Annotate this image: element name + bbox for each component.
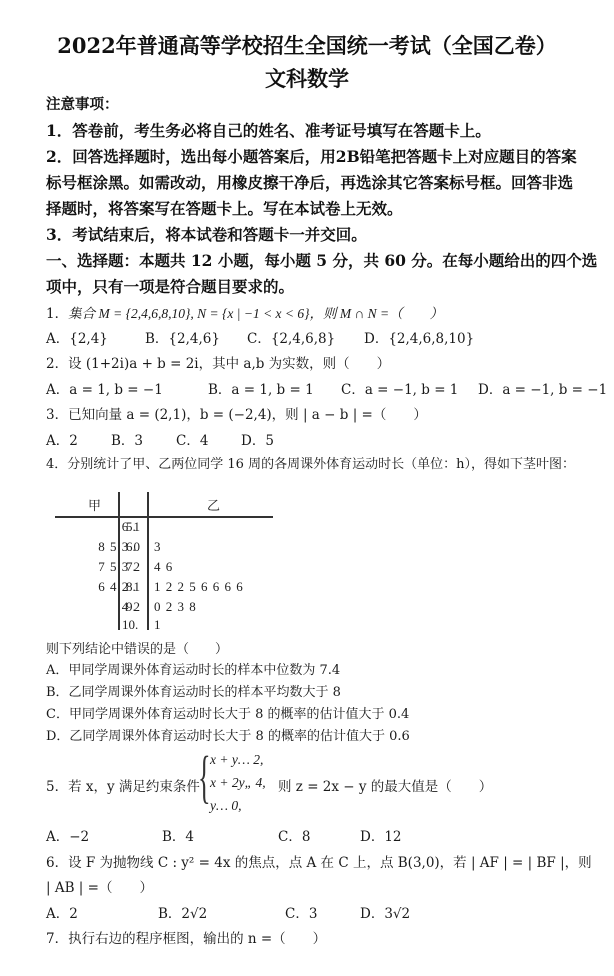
stem: 5. bbox=[126, 519, 136, 535]
question-2: 2．设 (1+2i)a + b = 2i，其中 a,b 为实数，则（ ） bbox=[46, 352, 390, 372]
note-2-line3: 择题时，将答案写在答题卡上。写在本试卷上无效。 bbox=[46, 197, 403, 219]
question-5-post: 则 z = 2x − y 的最大值是（ ） bbox=[278, 775, 492, 795]
q6-option-a: A．2 bbox=[46, 902, 78, 922]
note-2-line2: 标号框涂黑。如需改动，用橡皮擦干净后，再选涂其它答案标号框。回答非选 bbox=[46, 171, 573, 193]
question-number: 6． bbox=[46, 855, 68, 871]
stem: 10. bbox=[122, 617, 138, 633]
right-leaves: 1 bbox=[154, 617, 161, 633]
question-1: 1．集合 M = {2,4,6,8,10}, N = {x | −1 < x <… bbox=[46, 302, 443, 322]
q4-option-a: A．甲同学周课外体育运动时长的样本中位数为 7.4 bbox=[46, 659, 340, 678]
section-heading-line2: 项中，只有一项是符合题目要求的。 bbox=[46, 275, 294, 297]
q4-prompt: 则下列结论中错误的是（ ） bbox=[46, 638, 228, 657]
stem-leaf-row: 8 5 3 0 6. 3 bbox=[55, 539, 315, 559]
question-number: 3． bbox=[46, 407, 68, 423]
header-divider bbox=[55, 516, 273, 518]
q2-option-a: A．a = 1, b = −1 bbox=[46, 378, 163, 398]
question-stem-pre: 若 x，y 满足约束条件 bbox=[68, 779, 200, 795]
question-4: 4．分别统计了甲、乙两位同学 16 周的各周课外体育运动时长（单位：h），得如下… bbox=[46, 453, 575, 472]
question-6: 6．设 F 为抛物线 C : y² = 4x 的焦点，点 A 在 C 上，点 B… bbox=[46, 851, 592, 871]
stem: 8. bbox=[126, 579, 136, 595]
question-number: 2． bbox=[46, 356, 68, 372]
question-stem: 集合 M = {2,4,6,8,10}, N = {x | −1 < x < 6… bbox=[68, 306, 443, 321]
question-number: 7． bbox=[46, 931, 68, 947]
q4-option-d: D．乙同学周课外体育运动时长大于 8 的概率的估计值大于 0.6 bbox=[46, 725, 410, 744]
q2-option-d: D．a = −1, b = −1 bbox=[478, 378, 607, 398]
right-leaves: 0 2 3 8 bbox=[154, 599, 197, 615]
q3-option-b: B．3 bbox=[111, 429, 143, 449]
right-leaves: 4 6 bbox=[154, 559, 173, 575]
note-3: 3．考试结束后，将本试卷和答题卡一并交回。 bbox=[46, 223, 367, 245]
q2-option-c: C．a = −1, b = 1 bbox=[341, 378, 458, 398]
right-leaves: 3 bbox=[154, 539, 162, 555]
stem-leaf-row: 7 5 3 2 7. 4 6 bbox=[55, 559, 315, 579]
question-5-pre: 5．若 x，y 满足约束条件 bbox=[46, 775, 200, 795]
stem-leaf-header-left: 甲 bbox=[88, 495, 101, 514]
q5-option-d: D．12 bbox=[360, 825, 402, 845]
exam-title: 2022年普通高等学校招生全国统一考试（全国乙卷） bbox=[0, 30, 614, 60]
question-7: 7．执行右边的程序框图，输出的 n =（ ） bbox=[46, 927, 326, 947]
stem-leaf-row: 6 4 2 1 8. 1 2 2 5 6 6 6 6 bbox=[55, 579, 315, 599]
question-6-cont: | AB | =（ ） bbox=[46, 876, 153, 896]
right-leaves: 1 2 2 5 6 6 6 6 bbox=[154, 579, 244, 595]
q6-option-b: B．2√2 bbox=[158, 902, 207, 922]
q4-option-b: B．乙同学周课外体育运动时长的样本平均数大于 8 bbox=[46, 681, 341, 700]
stem: 7. bbox=[126, 559, 136, 575]
q6-option-d: D．3√2 bbox=[360, 902, 410, 922]
stem-leaf-row: 10. 1 bbox=[55, 617, 315, 637]
notes-heading: 注意事项： bbox=[46, 93, 119, 114]
note-2-line1: 2．回答选择题时，选出每小题答案后，用2B铅笔把答题卡上对应题目的答案 bbox=[46, 145, 577, 167]
constraint-1: x + y… 2, bbox=[210, 752, 263, 768]
section-heading-line1: 一、选择题：本题共 12 小题，每小题 5 分，共 60 分。在每小题给出的四个… bbox=[46, 249, 597, 271]
q1-option-c: C．{2,4,6,8} bbox=[247, 327, 335, 347]
stem-leaf-row: 4 2 9. 0 2 3 8 bbox=[55, 599, 315, 619]
question-stem: 已知向量 a = (2,1)，b = (−2,4)，则 | a − b | =（… bbox=[68, 407, 427, 423]
question-3: 3．已知向量 a = (2,1)，b = (−2,4)，则 | a − b | … bbox=[46, 403, 427, 423]
question-number: 5． bbox=[46, 779, 68, 795]
q3-option-d: D．5 bbox=[241, 429, 274, 449]
question-stem: 设 F 为抛物线 C : y² = 4x 的焦点，点 A 在 C 上，点 B(3… bbox=[68, 855, 592, 871]
q1-option-b: B．{2,4,6} bbox=[145, 327, 220, 347]
question-stem: 分别统计了甲、乙两位同学 16 周的各周课外体育运动时长（单位：h），得如下茎叶… bbox=[67, 457, 575, 472]
q5-option-a: A．−2 bbox=[46, 825, 89, 845]
constraint-2: x + 2y„ 4, bbox=[210, 775, 266, 791]
question-stem: 设 (1+2i)a + b = 2i，其中 a,b 为实数，则（ ） bbox=[68, 356, 390, 372]
q5-option-b: B．4 bbox=[162, 825, 194, 845]
stem: 6. bbox=[126, 539, 136, 555]
constraint-3: y… 0, bbox=[210, 798, 242, 814]
stem: 9. bbox=[126, 599, 136, 615]
question-number: 1． bbox=[46, 306, 68, 322]
question-stem: 执行右边的程序框图，输出的 n =（ ） bbox=[68, 931, 326, 947]
stem-leaf-row: 6 1 5. bbox=[55, 519, 315, 539]
q3-option-a: A．2 bbox=[46, 429, 78, 449]
exam-subtitle: 文科数学 bbox=[0, 63, 614, 93]
q3-option-c: C．4 bbox=[176, 429, 208, 449]
left-brace: { bbox=[198, 748, 211, 806]
q4-option-c: C．甲同学周课外体育运动时长大于 8 的概率的估计值大于 0.4 bbox=[46, 703, 409, 722]
q1-option-d: D．{2,4,6,8,10} bbox=[364, 327, 474, 347]
q1-option-a: A．{2,4} bbox=[46, 327, 108, 347]
stem-leaf-plot: 甲 乙 6 1 5. 8 5 3 0 6. 3 7 5 3 2 7. 4 6 6… bbox=[55, 492, 285, 632]
q6-option-c: C．3 bbox=[285, 902, 317, 922]
question-number: 4． bbox=[46, 457, 67, 472]
note-1: 1．答卷前，考生务必将自己的姓名、准考证号填写在答题卡上。 bbox=[46, 119, 491, 141]
q5-option-c: C．8 bbox=[278, 825, 310, 845]
q2-option-b: B．a = 1, b = 1 bbox=[208, 378, 314, 398]
stem-leaf-header-right: 乙 bbox=[207, 495, 220, 514]
